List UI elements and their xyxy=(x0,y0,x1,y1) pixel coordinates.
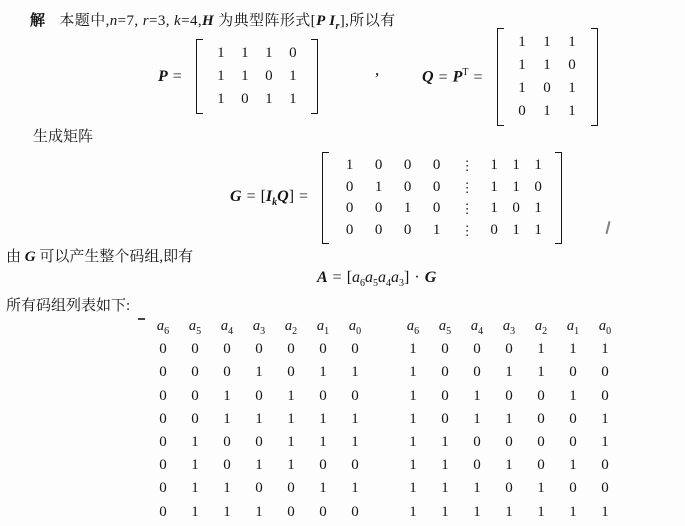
code-bit: 0 xyxy=(493,385,525,408)
codeword-row: 0100111 xyxy=(147,431,371,454)
value-r: =3, xyxy=(149,13,174,29)
column-header: a1 xyxy=(557,315,589,338)
matrix-cell: 0 xyxy=(393,177,422,199)
generator-matrix-label: 生成矩阵 xyxy=(33,125,93,146)
code-bit: 0 xyxy=(557,408,589,431)
codeword-rows-left: 0000000000101100101000011111010011101011… xyxy=(147,338,371,524)
matrix-cell: 1 xyxy=(527,198,549,220)
var-a6: a xyxy=(352,269,360,286)
equation-P: P= 111011011011 xyxy=(158,39,318,114)
code-bit: 1 xyxy=(493,361,525,384)
code-bit: 1 xyxy=(211,385,243,408)
code-bit: 0 xyxy=(307,501,339,524)
right-square-bracket: ] xyxy=(404,269,409,286)
code-bit: 0 xyxy=(275,501,307,524)
var-a5: a xyxy=(365,269,373,286)
code-bit: 1 xyxy=(429,431,461,454)
code-bit: 1 xyxy=(243,501,275,524)
matrix-partition-dots: ⋮ xyxy=(451,155,483,177)
equation-G: G=[IkQ]= 1000⋮1110100⋮1100010⋮1010001⋮01… xyxy=(230,152,562,244)
code-bit: 1 xyxy=(589,501,621,524)
var-G: G xyxy=(425,269,437,286)
code-bit: 0 xyxy=(557,477,589,500)
matrix-cell: 1 xyxy=(535,54,560,77)
matrix-row: 1110 xyxy=(209,42,305,65)
scanned-textbook-page: 解本题中,n=7, r=3, k=4,H 为典型阵形式[P Ir],所以有 P=… xyxy=(0,0,685,526)
code-bit: 0 xyxy=(211,361,243,384)
matrix-cell: 1 xyxy=(233,65,257,88)
code-bit: 1 xyxy=(493,501,525,524)
code-bit: 0 xyxy=(147,501,179,524)
equals-sign: = xyxy=(247,188,256,205)
matrix-cell: 0 xyxy=(281,42,305,65)
code-bit: 0 xyxy=(493,477,525,500)
matrix-row: 1101 xyxy=(209,65,305,88)
code-bit: 1 xyxy=(461,385,493,408)
var-PIr: P I xyxy=(316,13,335,29)
code-bit: 1 xyxy=(493,454,525,477)
column-header: a6 xyxy=(397,315,429,338)
code-bit: 0 xyxy=(525,431,557,454)
equation-G-label: G=[IkQ]= xyxy=(230,188,313,208)
code-bit: 0 xyxy=(589,454,621,477)
matrix-cell: 1 xyxy=(527,220,549,242)
column-header: a1 xyxy=(307,315,339,338)
matrix-cell: 1 xyxy=(233,42,257,65)
code-bit: 1 xyxy=(179,501,211,524)
matrix-cell: 1 xyxy=(535,31,560,54)
var-P: P xyxy=(158,68,168,85)
code-bit: 0 xyxy=(339,454,371,477)
codeword-row: 0011111 xyxy=(147,408,371,431)
code-bit: 0 xyxy=(179,361,211,384)
code-bit: 1 xyxy=(339,431,371,454)
codeword-row: 1101010 xyxy=(397,454,621,477)
code-bit: 0 xyxy=(589,385,621,408)
code-bit: 0 xyxy=(147,385,179,408)
code-bit: 0 xyxy=(307,338,339,361)
matrix-cell: 0 xyxy=(505,198,527,220)
code-bit: 0 xyxy=(557,431,589,454)
codeword-row: 0101100 xyxy=(147,454,371,477)
code-bit: 1 xyxy=(275,408,307,431)
matrix-cell: 0 xyxy=(364,220,393,242)
column-header: a2 xyxy=(525,315,557,338)
codeword-rows-right: 1000111100110010100101011001110000111010… xyxy=(397,338,621,524)
matrix-P-body: 111011011011 xyxy=(203,39,311,114)
text: 由 xyxy=(6,249,25,265)
equals-sign: = xyxy=(473,69,482,86)
code-bit: 1 xyxy=(429,501,461,524)
matrix-cell: 1 xyxy=(505,177,527,199)
matrix-row: 101 xyxy=(510,77,585,100)
codeword-row: 1000111 xyxy=(397,338,621,361)
left-bracket xyxy=(196,39,203,114)
code-bit: 0 xyxy=(339,338,371,361)
code-bit: 0 xyxy=(147,454,179,477)
matrix-partition-dots: ⋮ xyxy=(451,198,483,220)
code-bit: 0 xyxy=(589,361,621,384)
code-bit: 0 xyxy=(243,431,275,454)
code-bit: 0 xyxy=(243,477,275,500)
matrix-cell: 0 xyxy=(535,77,560,100)
intro-text: 本题中, xyxy=(59,13,109,29)
scan-artifact xyxy=(138,318,145,320)
matrix-cell: 1 xyxy=(364,177,393,199)
matrix-cell: 1 xyxy=(393,198,422,220)
code-bit: 0 xyxy=(179,385,211,408)
matrix-partition-dots: ⋮ xyxy=(451,220,483,242)
column-header: a0 xyxy=(339,315,371,338)
code-bit: 1 xyxy=(211,477,243,500)
code-bit: 1 xyxy=(557,454,589,477)
codeword-row: 1001100 xyxy=(397,361,621,384)
matrix-cell: 1 xyxy=(560,31,585,54)
code-bit: 0 xyxy=(339,501,371,524)
code-bit: 0 xyxy=(147,338,179,361)
code-bit: 0 xyxy=(147,477,179,500)
column-header: a5 xyxy=(429,315,461,338)
code-bit: 1 xyxy=(429,454,461,477)
codeword-header-row: a6a5a4a3a2a1a0 xyxy=(397,315,621,338)
var-a4: a xyxy=(378,269,386,286)
right-bracket xyxy=(555,152,562,244)
code-bit: 1 xyxy=(307,477,339,500)
code-bit: 1 xyxy=(589,408,621,431)
code-bit: 0 xyxy=(179,338,211,361)
right-square-bracket: ] xyxy=(289,188,294,205)
code-bit: 0 xyxy=(147,431,179,454)
solution-label: 解 xyxy=(30,13,45,29)
matrix-cell: 1 xyxy=(527,155,549,177)
equals-sign: = xyxy=(333,269,342,286)
var-Q: Q xyxy=(277,188,289,205)
code-bit: 0 xyxy=(211,431,243,454)
code-bit: 1 xyxy=(179,454,211,477)
code-bit: 1 xyxy=(275,431,307,454)
code-bit: 0 xyxy=(307,385,339,408)
code-bit: 0 xyxy=(211,454,243,477)
code-bit: 0 xyxy=(557,361,589,384)
codeword-table-left-group: a6a5a4a3a2a1a0 0000000000101100101000011… xyxy=(147,315,371,524)
column-header: a5 xyxy=(179,315,211,338)
code-bit: 1 xyxy=(275,454,307,477)
matrix-row: 110 xyxy=(510,54,585,77)
code-bit: 0 xyxy=(243,385,275,408)
code-bit: 1 xyxy=(179,477,211,500)
matrix-cell: 1 xyxy=(257,88,281,111)
var-a3: a xyxy=(391,269,399,286)
code-bit: 1 xyxy=(525,338,557,361)
equals-sign: = xyxy=(439,69,448,86)
matrix-cell: 1 xyxy=(483,177,505,199)
matrix-cell: 1 xyxy=(560,100,585,123)
right-bracket xyxy=(591,28,598,126)
matrix-cell: 0 xyxy=(335,198,364,220)
matrix-cell: 1 xyxy=(560,77,585,100)
matrix-cell: 0 xyxy=(560,54,585,77)
matrix-cell: 1 xyxy=(281,88,305,111)
codeword-generation-line: 由 G 可以产生整个码组,即有 xyxy=(6,245,193,266)
text: 可以产生整个码组,即有 xyxy=(36,249,194,265)
code-bit: 1 xyxy=(211,408,243,431)
code-bit: 1 xyxy=(557,501,589,524)
codeword-row: 1100001 xyxy=(397,431,621,454)
column-header: a3 xyxy=(243,315,275,338)
var-A: A xyxy=(317,269,328,286)
matrix-cell: 0 xyxy=(364,155,393,177)
code-bit: 0 xyxy=(461,431,493,454)
matrix-row: 111 xyxy=(510,31,585,54)
code-bit: 1 xyxy=(525,501,557,524)
code-bit: 1 xyxy=(397,361,429,384)
matrix-cell: 1 xyxy=(505,155,527,177)
codeword-row: 1110100 xyxy=(397,477,621,500)
code-bit: 1 xyxy=(275,385,307,408)
code-bit: 1 xyxy=(589,431,621,454)
var-n: n xyxy=(110,13,118,29)
value-n: =7, xyxy=(118,13,143,29)
matrix-cell: 0 xyxy=(483,220,505,242)
matrix-cell: 1 xyxy=(510,54,535,77)
matrix-row: 0001⋮011 xyxy=(335,220,549,242)
matrix-cell: 1 xyxy=(257,42,281,65)
code-bit: 1 xyxy=(397,385,429,408)
left-bracket xyxy=(322,152,329,244)
code-bit: 1 xyxy=(179,431,211,454)
code-bit: 0 xyxy=(307,454,339,477)
code-bit: 1 xyxy=(397,454,429,477)
comma-separator: , xyxy=(375,60,379,80)
var-Q: Q xyxy=(422,69,434,86)
codeword-row: 0001011 xyxy=(147,361,371,384)
code-bit: 0 xyxy=(211,338,243,361)
matrix-row: 0100⋮110 xyxy=(335,177,549,199)
left-bracket xyxy=(497,28,504,126)
matrix-cell: 0 xyxy=(335,220,364,242)
matrix-partition-dots: ⋮ xyxy=(451,177,483,199)
column-header: a2 xyxy=(275,315,307,338)
matrix-cell: 0 xyxy=(233,88,257,111)
codeword-table: a6a5a4a3a2a1a0 0000000000101100101000011… xyxy=(147,315,621,524)
matrix-Q: 111110101011 xyxy=(497,28,598,126)
matrix-cell: 1 xyxy=(535,100,560,123)
code-bit: 1 xyxy=(557,338,589,361)
code-bit: 0 xyxy=(429,338,461,361)
code-bit: 1 xyxy=(525,477,557,500)
code-bit: 1 xyxy=(339,477,371,500)
equals-sign: = xyxy=(173,68,182,85)
code-bit: 1 xyxy=(243,361,275,384)
equation-P-label: P= xyxy=(158,68,187,86)
var-H: H xyxy=(202,13,214,29)
matrix-cell: 0 xyxy=(527,177,549,199)
matrix-cell: 0 xyxy=(422,198,451,220)
matrix-cell: 0 xyxy=(422,177,451,199)
matrix-G-body: 1000⋮1110100⋮1100010⋮1010001⋮011 xyxy=(329,152,555,244)
matrix-cell: 1 xyxy=(209,42,233,65)
code-bit: 0 xyxy=(275,338,307,361)
matrix-cell: 1 xyxy=(510,77,535,100)
code-bit: 1 xyxy=(243,408,275,431)
code-bit: 1 xyxy=(397,501,429,524)
matrix-Q-body: 111110101011 xyxy=(504,28,591,126)
transpose-superscript: T xyxy=(462,67,468,78)
matrix-cell: 0 xyxy=(422,155,451,177)
matrix-cell: 0 xyxy=(393,155,422,177)
matrix-cell: 1 xyxy=(505,220,527,242)
equals-sign: = xyxy=(299,188,308,205)
code-bit: 0 xyxy=(461,338,493,361)
code-bit: 0 xyxy=(243,338,275,361)
code-bit: 0 xyxy=(147,408,179,431)
code-bit: 0 xyxy=(589,477,621,500)
codeword-row: 0000000 xyxy=(147,338,371,361)
code-bit: 0 xyxy=(461,454,493,477)
value-k: =4, xyxy=(181,13,202,29)
code-bit: 0 xyxy=(493,431,525,454)
matrix-row: 011 xyxy=(510,100,585,123)
matrix-row: 1000⋮111 xyxy=(335,155,549,177)
matrix-cell: 1 xyxy=(422,220,451,242)
codeword-row: 1011001 xyxy=(397,408,621,431)
code-bit: 1 xyxy=(525,361,557,384)
code-bit: 1 xyxy=(307,431,339,454)
code-bit: 1 xyxy=(493,408,525,431)
matrix-cell: 0 xyxy=(335,177,364,199)
code-bit: 0 xyxy=(525,385,557,408)
codeword-table-right-group: a6a5a4a3a2a1a0 1000111100110010100101011… xyxy=(397,315,621,524)
matrix-G: 1000⋮1110100⋮1100010⋮1010001⋮011 xyxy=(322,152,562,244)
codeword-list-label: 所有码组列表如下: xyxy=(6,294,130,315)
code-bit: 1 xyxy=(557,385,589,408)
matrix-cell: 1 xyxy=(483,155,505,177)
matrix-cell: 1 xyxy=(510,31,535,54)
codeword-row: 1010010 xyxy=(397,385,621,408)
matrix-cell: 0 xyxy=(510,100,535,123)
code-bit: 0 xyxy=(525,408,557,431)
matrix-cell: 1 xyxy=(281,65,305,88)
matrix-cell: 1 xyxy=(483,198,505,220)
code-bit: 0 xyxy=(147,361,179,384)
column-header: a6 xyxy=(147,315,179,338)
matrix-cell: 1 xyxy=(335,155,364,177)
code-bit: 0 xyxy=(429,408,461,431)
code-bit: 0 xyxy=(429,385,461,408)
equation-Q-label: Q=PT= xyxy=(422,67,488,86)
var-G: G xyxy=(25,249,36,265)
code-bit: 1 xyxy=(211,501,243,524)
var-P-transpose: P xyxy=(453,69,463,86)
intro-text-2: 为典型阵形式[ xyxy=(214,13,316,29)
code-bit: 1 xyxy=(307,408,339,431)
code-bit: 1 xyxy=(307,361,339,384)
codeword-row: 0111000 xyxy=(147,501,371,524)
matrix-row: 0010⋮101 xyxy=(335,198,549,220)
code-bit: 1 xyxy=(429,477,461,500)
solution-intro-line: 解本题中,n=7, r=3, k=4,H 为典型阵形式[P Ir],所以有 xyxy=(30,9,396,32)
code-bit: 1 xyxy=(397,431,429,454)
code-bit: 1 xyxy=(589,338,621,361)
dot-operator: · xyxy=(414,269,419,286)
matrix-cell: 0 xyxy=(364,198,393,220)
code-bit: 1 xyxy=(339,408,371,431)
code-bit: 1 xyxy=(243,454,275,477)
matrix-cell: 0 xyxy=(257,65,281,88)
code-bit: 0 xyxy=(461,361,493,384)
column-header: a4 xyxy=(461,315,493,338)
column-header: a3 xyxy=(493,315,525,338)
var-G: G xyxy=(230,188,242,205)
code-bit: 1 xyxy=(461,408,493,431)
equation-Q: Q=PT= 111110101011 xyxy=(422,28,598,126)
code-bit: 0 xyxy=(525,454,557,477)
codeword-row: 0110011 xyxy=(147,477,371,500)
code-bit: 0 xyxy=(179,408,211,431)
code-bit: 1 xyxy=(461,477,493,500)
equation-A: A=[a6a5a4a3]·G xyxy=(317,269,436,289)
column-header: a0 xyxy=(589,315,621,338)
matrix-cell: 1 xyxy=(209,65,233,88)
codeword-row: 1111111 xyxy=(397,501,621,524)
code-bit: 1 xyxy=(339,361,371,384)
matrix-P: 111011011011 xyxy=(196,39,318,114)
intro-text-3: ],所以有 xyxy=(340,13,396,29)
code-bit: 0 xyxy=(339,385,371,408)
code-bit: 0 xyxy=(275,361,307,384)
code-bit: 1 xyxy=(461,501,493,524)
scan-artifact xyxy=(605,221,610,234)
code-bit: 0 xyxy=(429,361,461,384)
matrix-cell: 0 xyxy=(393,220,422,242)
matrix-row: 1011 xyxy=(209,88,305,111)
codeword-row: 0010100 xyxy=(147,385,371,408)
code-bit: 0 xyxy=(275,477,307,500)
right-bracket xyxy=(311,39,318,114)
code-bit: 0 xyxy=(493,338,525,361)
code-bit: 1 xyxy=(397,477,429,500)
code-bit: 1 xyxy=(397,408,429,431)
code-bit: 1 xyxy=(397,338,429,361)
codeword-header-row: a6a5a4a3a2a1a0 xyxy=(147,315,371,338)
column-header: a4 xyxy=(211,315,243,338)
matrix-cell: 1 xyxy=(209,88,233,111)
